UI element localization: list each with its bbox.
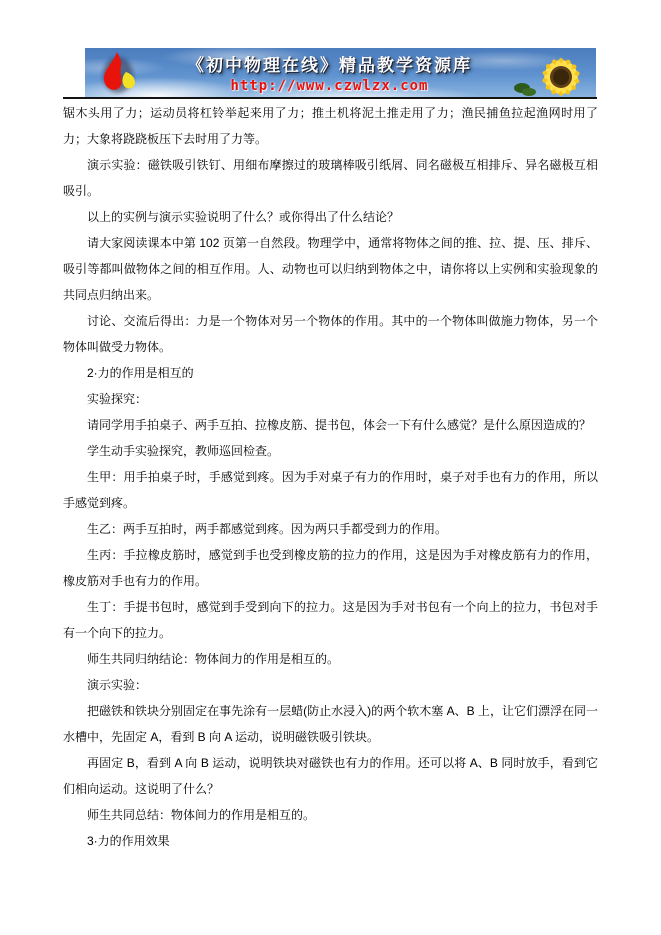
paragraph: 演示实验：磁铁吸引铁钉、用细布摩擦过的玻璃棒吸引纸屑、同名磁极互相排斥、异名磁极… — [63, 152, 598, 204]
sunflower-icon — [504, 50, 596, 97]
document-page: 《初中物理在线》精品教学资源库 http://www.czwlzx.com — [0, 0, 661, 935]
paragraph: 演示实验： — [63, 672, 598, 698]
paragraph: 生乙：两手互拍时，两手都感觉到疼。因为两只手都受到力的作用。 — [63, 516, 598, 542]
banner-title: 《初中物理在线》精品教学资源库 — [103, 51, 556, 76]
banner-text-block: 《初中物理在线》精品教学资源库 http://www.czwlzx.com — [103, 51, 556, 94]
paragraph: 师生共同归纳结论：物体间力的作用是相互的。 — [63, 646, 598, 672]
header-divider — [63, 97, 597, 99]
paragraph: 生丙：手拉橡皮筋时，感觉到手也受到橡皮筋的拉力的作用，这是因为手对橡皮筋有力的作… — [63, 542, 598, 594]
paragraph: 实验探究： — [63, 386, 598, 412]
header-banner: 《初中物理在线》精品教学资源库 http://www.czwlzx.com — [85, 48, 596, 97]
paragraph: 3·力的作用效果 — [63, 828, 598, 854]
paragraph: 再固定 B，看到 A 向 B 运动，说明铁块对磁铁也有力的作用。还可以将 A、B… — [63, 750, 598, 802]
paragraph: 师生共同总结：物体间力的作用是相互的。 — [63, 802, 598, 828]
document-body: 锯木头用了力；运动员将杠铃举起来用了力；推土机将泥土推走用了力；渔民捕鱼拉起渔网… — [63, 100, 598, 854]
paragraph: 以上的实例与演示实验说明了什么？或你得出了什么结论？ — [63, 204, 598, 230]
paragraph: 把磁铁和铁块分别固定在事先涂有一层蜡(防止水浸入)的两个软木塞 A、B 上，让它… — [63, 698, 598, 750]
paragraph: 生丁：手提书包时，感觉到手受到向下的拉力。这是因为手对书包有一个向上的拉力，书包… — [63, 594, 598, 646]
paragraph: 锯木头用了力；运动员将杠铃举起来用了力；推土机将泥土推走用了力；渔民捕鱼拉起渔网… — [63, 100, 598, 152]
banner-url: http://www.czwlzx.com — [103, 78, 556, 94]
paragraph: 讨论、交流后得出：力是一个物体对另一个物体的作用。其中的一个物体叫做施力物体，另… — [63, 308, 598, 360]
paragraph: 生甲：用手拍桌子时，手感觉到疼。因为手对桌子有力的作用时，桌子对手也有力的作用，… — [63, 464, 598, 516]
paragraph: 请大家阅读课本中第 102 页第一自然段。物理学中，通常将物体之间的推、拉、提、… — [63, 230, 598, 308]
paragraph: 请同学用手拍桌子、两手互拍、拉橡皮筋、提书包，体会一下有什么感觉？是什么原因造成… — [63, 412, 598, 438]
paragraph: 学生动手实验探究，教师巡回检查。 — [63, 438, 598, 464]
paragraph: 2·力的作用是相互的 — [63, 360, 598, 386]
